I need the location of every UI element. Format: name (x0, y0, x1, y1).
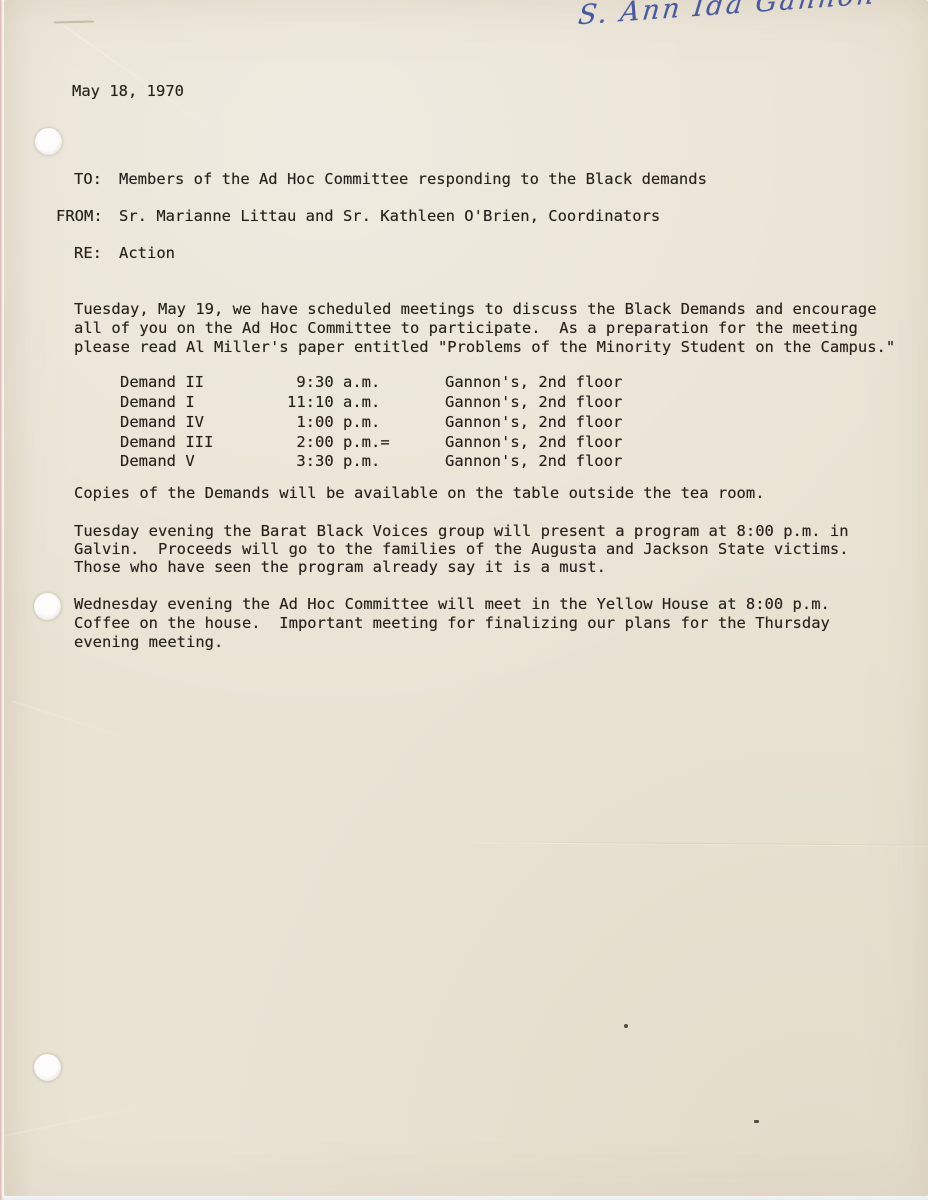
schedule-row: Demand I 11:10 a.m. Gannon's, 2nd floor (120, 393, 820, 413)
tuesday-evening-line: Galvin. Proceeds will go to the families… (74, 540, 849, 559)
paper-crease (12, 700, 155, 748)
hole-punch-middle (34, 593, 61, 620)
memo-page: S. Ann Ida Gannon May 18, 1970 TO: Membe… (4, 0, 928, 1196)
schedule-location: Gannon's, 2nd floor (445, 433, 622, 452)
schedule-row: Demand IV 1:00 p.m. Gannon's, 2nd floor (120, 413, 820, 433)
intro-line: please read Al Miller's paper entitled "… (74, 338, 895, 357)
from-value: Sr. Marianne Littau and Sr. Kathleen O'B… (119, 207, 660, 226)
ink-speck (624, 1024, 628, 1028)
schedule-demand: Demand II (120, 373, 204, 392)
wednesday-evening-line: evening meeting. (74, 633, 223, 652)
schedule-location: Gannon's, 2nd floor (445, 413, 622, 432)
ink-speck (754, 1120, 759, 1123)
schedule-time: 3:30 p.m. (287, 452, 380, 471)
copies-note: Copies of the Demands will be available … (74, 484, 765, 503)
tuesday-evening-line: Those who have seen the program already … (74, 558, 606, 577)
schedule-demand: Demand IV (120, 413, 204, 432)
schedule-demand: Demand III (120, 433, 213, 452)
schedule-time: 9:30 a.m. (287, 373, 380, 392)
staple-mark (54, 20, 94, 23)
intro-line: all of you on the Ad Hoc Committee to pa… (74, 319, 858, 338)
re-value: Action (119, 244, 175, 263)
schedule-demand: Demand V (120, 452, 195, 471)
scanner-background: S. Ann Ida Gannon May 18, 1970 TO: Membe… (0, 0, 928, 1200)
to-label: TO: (74, 170, 102, 189)
to-value: Members of the Ad Hoc Committee respondi… (119, 170, 707, 189)
schedule-row: Demand V 3:30 p.m. Gannon's, 2nd floor (120, 452, 820, 472)
hole-punch-top (35, 128, 62, 155)
schedule-row: Demand III 2:00 p.m.= Gannon's, 2nd floo… (120, 433, 820, 453)
schedule-location: Gannon's, 2nd floor (445, 452, 622, 471)
schedule-time: 1:00 p.m. (287, 413, 380, 432)
re-label: RE: (74, 244, 102, 263)
paper-crease (474, 841, 928, 845)
wednesday-evening-line: Coffee on the house. Important meeting f… (74, 614, 830, 633)
wednesday-evening-line: Wednesday evening the Ad Hoc Committee w… (74, 595, 830, 614)
schedule-location: Gannon's, 2nd floor (445, 393, 622, 412)
hole-punch-bottom (34, 1054, 61, 1081)
schedule-time: 11:10 a.m. (287, 393, 380, 412)
date-line: May 18, 1970 (72, 82, 184, 101)
tuesday-evening-line: Tuesday evening the Barat Black Voices g… (74, 522, 849, 541)
schedule-location: Gannon's, 2nd floor (445, 373, 622, 392)
paper-crease (4, 1096, 190, 1137)
schedule-demand: Demand I (120, 393, 195, 412)
from-label: FROM: (56, 207, 103, 226)
schedule-row: Demand II 9:30 a.m. Gannon's, 2nd floor (120, 373, 820, 393)
schedule-time: 2:00 p.m.= (287, 433, 390, 452)
signature-handwriting: S. Ann Ida Gannon (577, 0, 878, 31)
intro-line: Tuesday, May 19, we have scheduled meeti… (74, 300, 877, 319)
